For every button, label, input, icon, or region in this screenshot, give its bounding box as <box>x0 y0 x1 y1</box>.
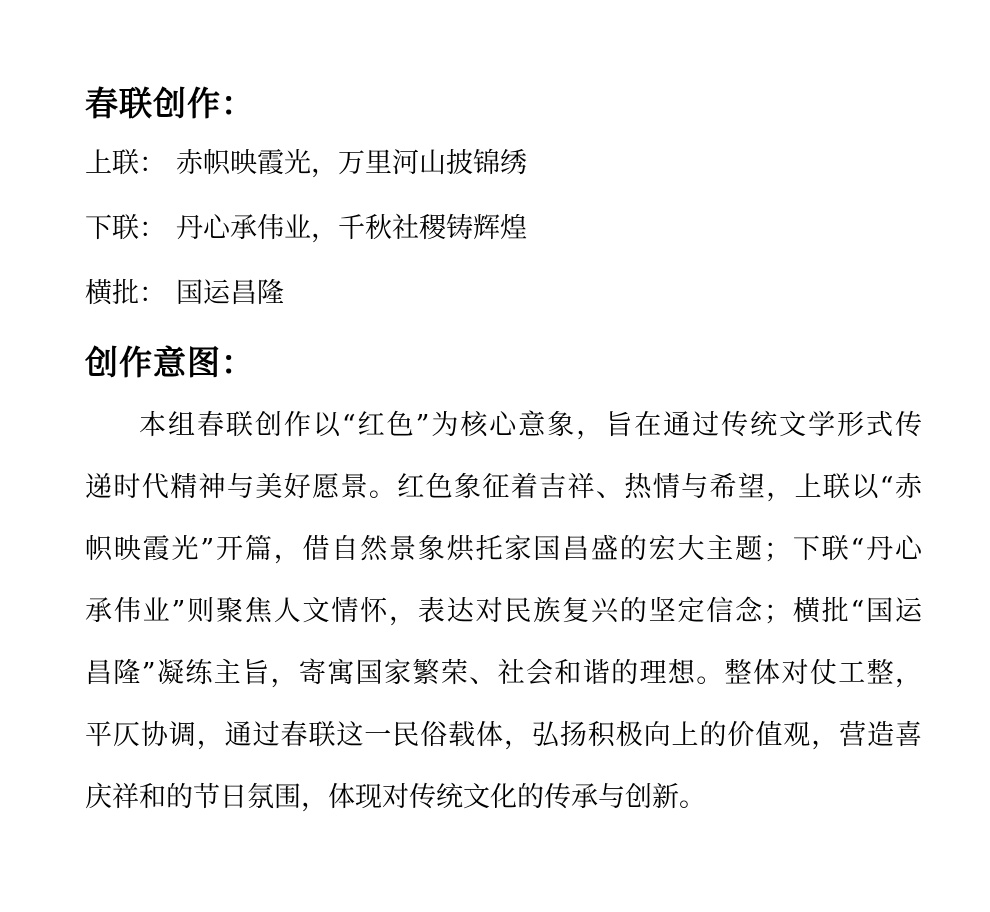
couplet-upper-text: 赤帜映霞光，万里河山披锦绣 <box>176 148 527 179</box>
paragraph-line-2: 递时代精神与美好愿景。红色象征着吉祥、热情与希望，上联以“赤 <box>85 457 922 519</box>
couplet-lower-label: 下联： <box>85 213 166 244</box>
intent-paragraph: 本组春联创作以“红色”为核心意象，旨在通过传统文学形式传 递时代精神与美好愿景。… <box>85 395 922 829</box>
paragraph-line-4: 承伟业”则聚焦人文情怀，表达对民族复兴的坚定信念；横批“国运 <box>85 581 922 643</box>
paragraph-line-7: 庆祥和的节日氛围，体现对传统文化的传承与创新。 <box>85 767 922 829</box>
intent-section-title: 创作意图： <box>85 343 922 383</box>
couplet-lower-line: 下联：丹心承伟业，千秋社稷铸辉煌 <box>85 213 922 245</box>
paragraph-line-5: 昌隆”凝练主旨，寄寓国家繁荣、社会和谐的理想。整体对仗工整， <box>85 643 922 705</box>
couplet-banner-label: 横批： <box>85 278 166 309</box>
couplet-section-title: 春联创作： <box>85 84 922 124</box>
paragraph-line-3: 帜映霞光”开篇，借自然景象烘托家国昌盛的宏大主题；下联“丹心 <box>85 519 922 581</box>
document-page: 春联创作： 上联：赤帜映霞光，万里河山披锦绣 下联：丹心承伟业，千秋社稷铸辉煌 … <box>0 0 990 912</box>
couplet-upper-label: 上联： <box>85 148 166 179</box>
couplet-upper-line: 上联：赤帜映霞光，万里河山披锦绣 <box>85 148 922 180</box>
couplet-lower-text: 丹心承伟业，千秋社稷铸辉煌 <box>176 213 527 244</box>
couplet-banner-line: 横批：国运昌隆 <box>85 278 922 310</box>
paragraph-line-6: 平仄协调，通过春联这一民俗载体，弘扬积极向上的价值观，营造喜 <box>85 705 922 767</box>
paragraph-line-1: 本组春联创作以“红色”为核心意象，旨在通过传统文学形式传 <box>85 395 922 457</box>
couplet-banner-text: 国运昌隆 <box>176 278 284 309</box>
